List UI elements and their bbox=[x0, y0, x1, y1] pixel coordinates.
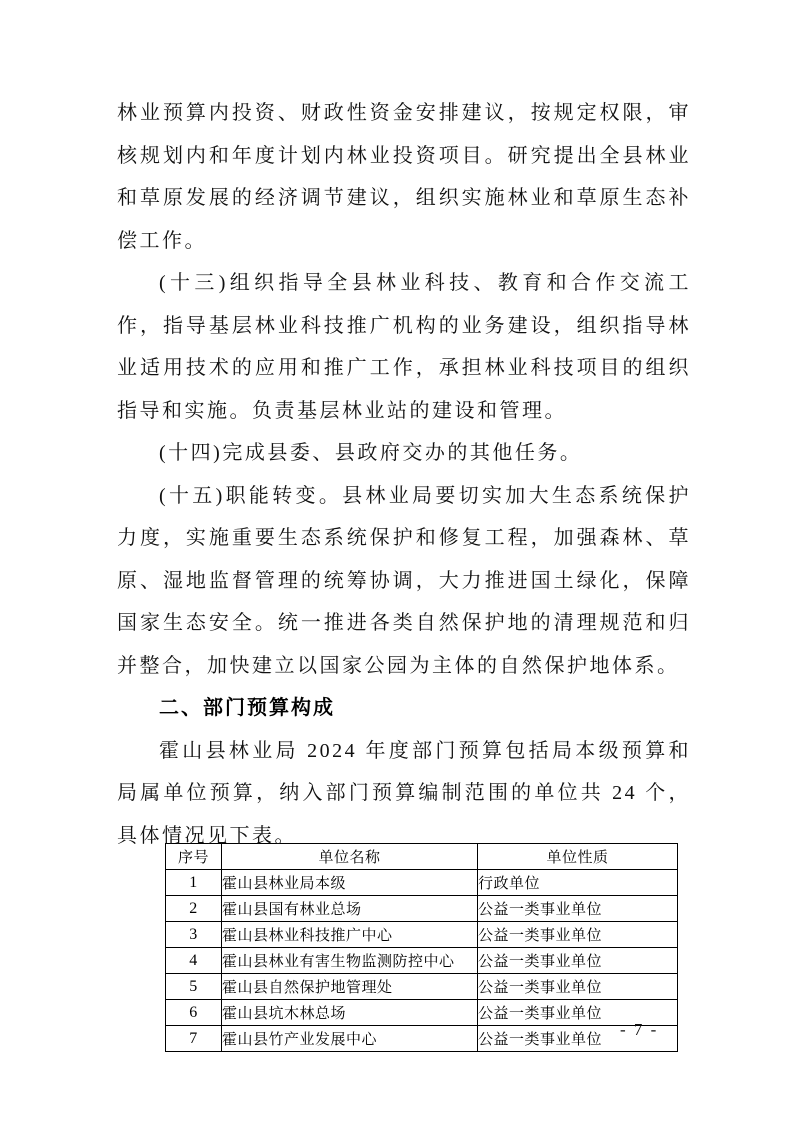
cell-unit-name: 霍山县竹产业发展中心 bbox=[222, 1026, 478, 1052]
cell-unit-type: 公益一类事业单位 bbox=[478, 922, 678, 948]
cell-serial: 2 bbox=[166, 896, 222, 922]
section-heading: 二、部门预算构成 bbox=[117, 687, 691, 730]
cell-unit-type: 公益一类事业单位 bbox=[478, 896, 678, 922]
cell-unit-name: 霍山县林业局本级 bbox=[222, 870, 478, 896]
cell-unit-type: 行政单位 bbox=[478, 870, 678, 896]
cell-unit-type: 公益一类事业单位 bbox=[478, 974, 678, 1000]
cell-unit-name: 霍山县国有林业总场 bbox=[222, 896, 478, 922]
cell-serial: 7 bbox=[166, 1026, 222, 1052]
body-paragraph-15: (十五)职能转变。县林业局要切实加大生态系统保护力度，实施重要生态系统保护和修复… bbox=[117, 475, 691, 688]
cell-serial: 6 bbox=[166, 1000, 222, 1026]
table-row: 1 霍山县林业局本级 行政单位 bbox=[166, 870, 678, 896]
table-row: 7 霍山县竹产业发展中心 公益一类事业单位 bbox=[166, 1026, 678, 1052]
table-row: 4 霍山县林业有害生物监测防控中心 公益一类事业单位 bbox=[166, 948, 678, 974]
body-paragraph-14: (十四)完成县委、县政府交办的其他任务。 bbox=[117, 432, 691, 475]
body-paragraph-13: (十三)组织指导全县林业科技、教育和合作交流工作，指导基层林业科技推广机构的业务… bbox=[117, 262, 691, 432]
table-row: 5 霍山县自然保护地管理处 公益一类事业单位 bbox=[166, 974, 678, 1000]
header-unit-type: 单位性质 bbox=[478, 844, 678, 870]
cell-serial: 5 bbox=[166, 974, 222, 1000]
table-row: 3 霍山县林业科技推广中心 公益一类事业单位 bbox=[166, 922, 678, 948]
budget-units-table-wrapper: 序号 单位名称 单位性质 1 霍山县林业局本级 行政单位 2 霍山县国有林业总场… bbox=[165, 843, 691, 1052]
page-number: - 7 - bbox=[620, 1020, 658, 1040]
body-paragraph-continuation: 林业预算内投资、财政性资金安排建议，按规定权限，审核规划内和年度计划内林业投资项… bbox=[117, 92, 691, 262]
cell-unit-type: 公益一类事业单位 bbox=[478, 948, 678, 974]
document-content: 林业预算内投资、财政性资金安排建议，按规定权限，审核规划内和年度计划内林业投资项… bbox=[117, 92, 691, 1052]
cell-unit-name: 霍山县林业有害生物监测防控中心 bbox=[222, 948, 478, 974]
cell-serial: 1 bbox=[166, 870, 222, 896]
table-row: 6 霍山县坑木林总场 公益一类事业单位 bbox=[166, 1000, 678, 1026]
cell-serial: 3 bbox=[166, 922, 222, 948]
budget-units-table: 序号 单位名称 单位性质 1 霍山县林业局本级 行政单位 2 霍山县国有林业总场… bbox=[165, 843, 678, 1052]
cell-unit-name: 霍山县林业科技推广中心 bbox=[222, 922, 478, 948]
table-row: 2 霍山县国有林业总场 公益一类事业单位 bbox=[166, 896, 678, 922]
cell-serial: 4 bbox=[166, 948, 222, 974]
cell-unit-name: 霍山县自然保护地管理处 bbox=[222, 974, 478, 1000]
intro-paragraph: 霍山县林业局 2024 年度部门预算包括局本级预算和局属单位预算，纳入部门预算编… bbox=[117, 730, 691, 858]
cell-unit-name: 霍山县坑木林总场 bbox=[222, 1000, 478, 1026]
document-page: 林业预算内投资、财政性资金安排建议，按规定权限，审核规划内和年度计划内林业投资项… bbox=[0, 0, 793, 1122]
